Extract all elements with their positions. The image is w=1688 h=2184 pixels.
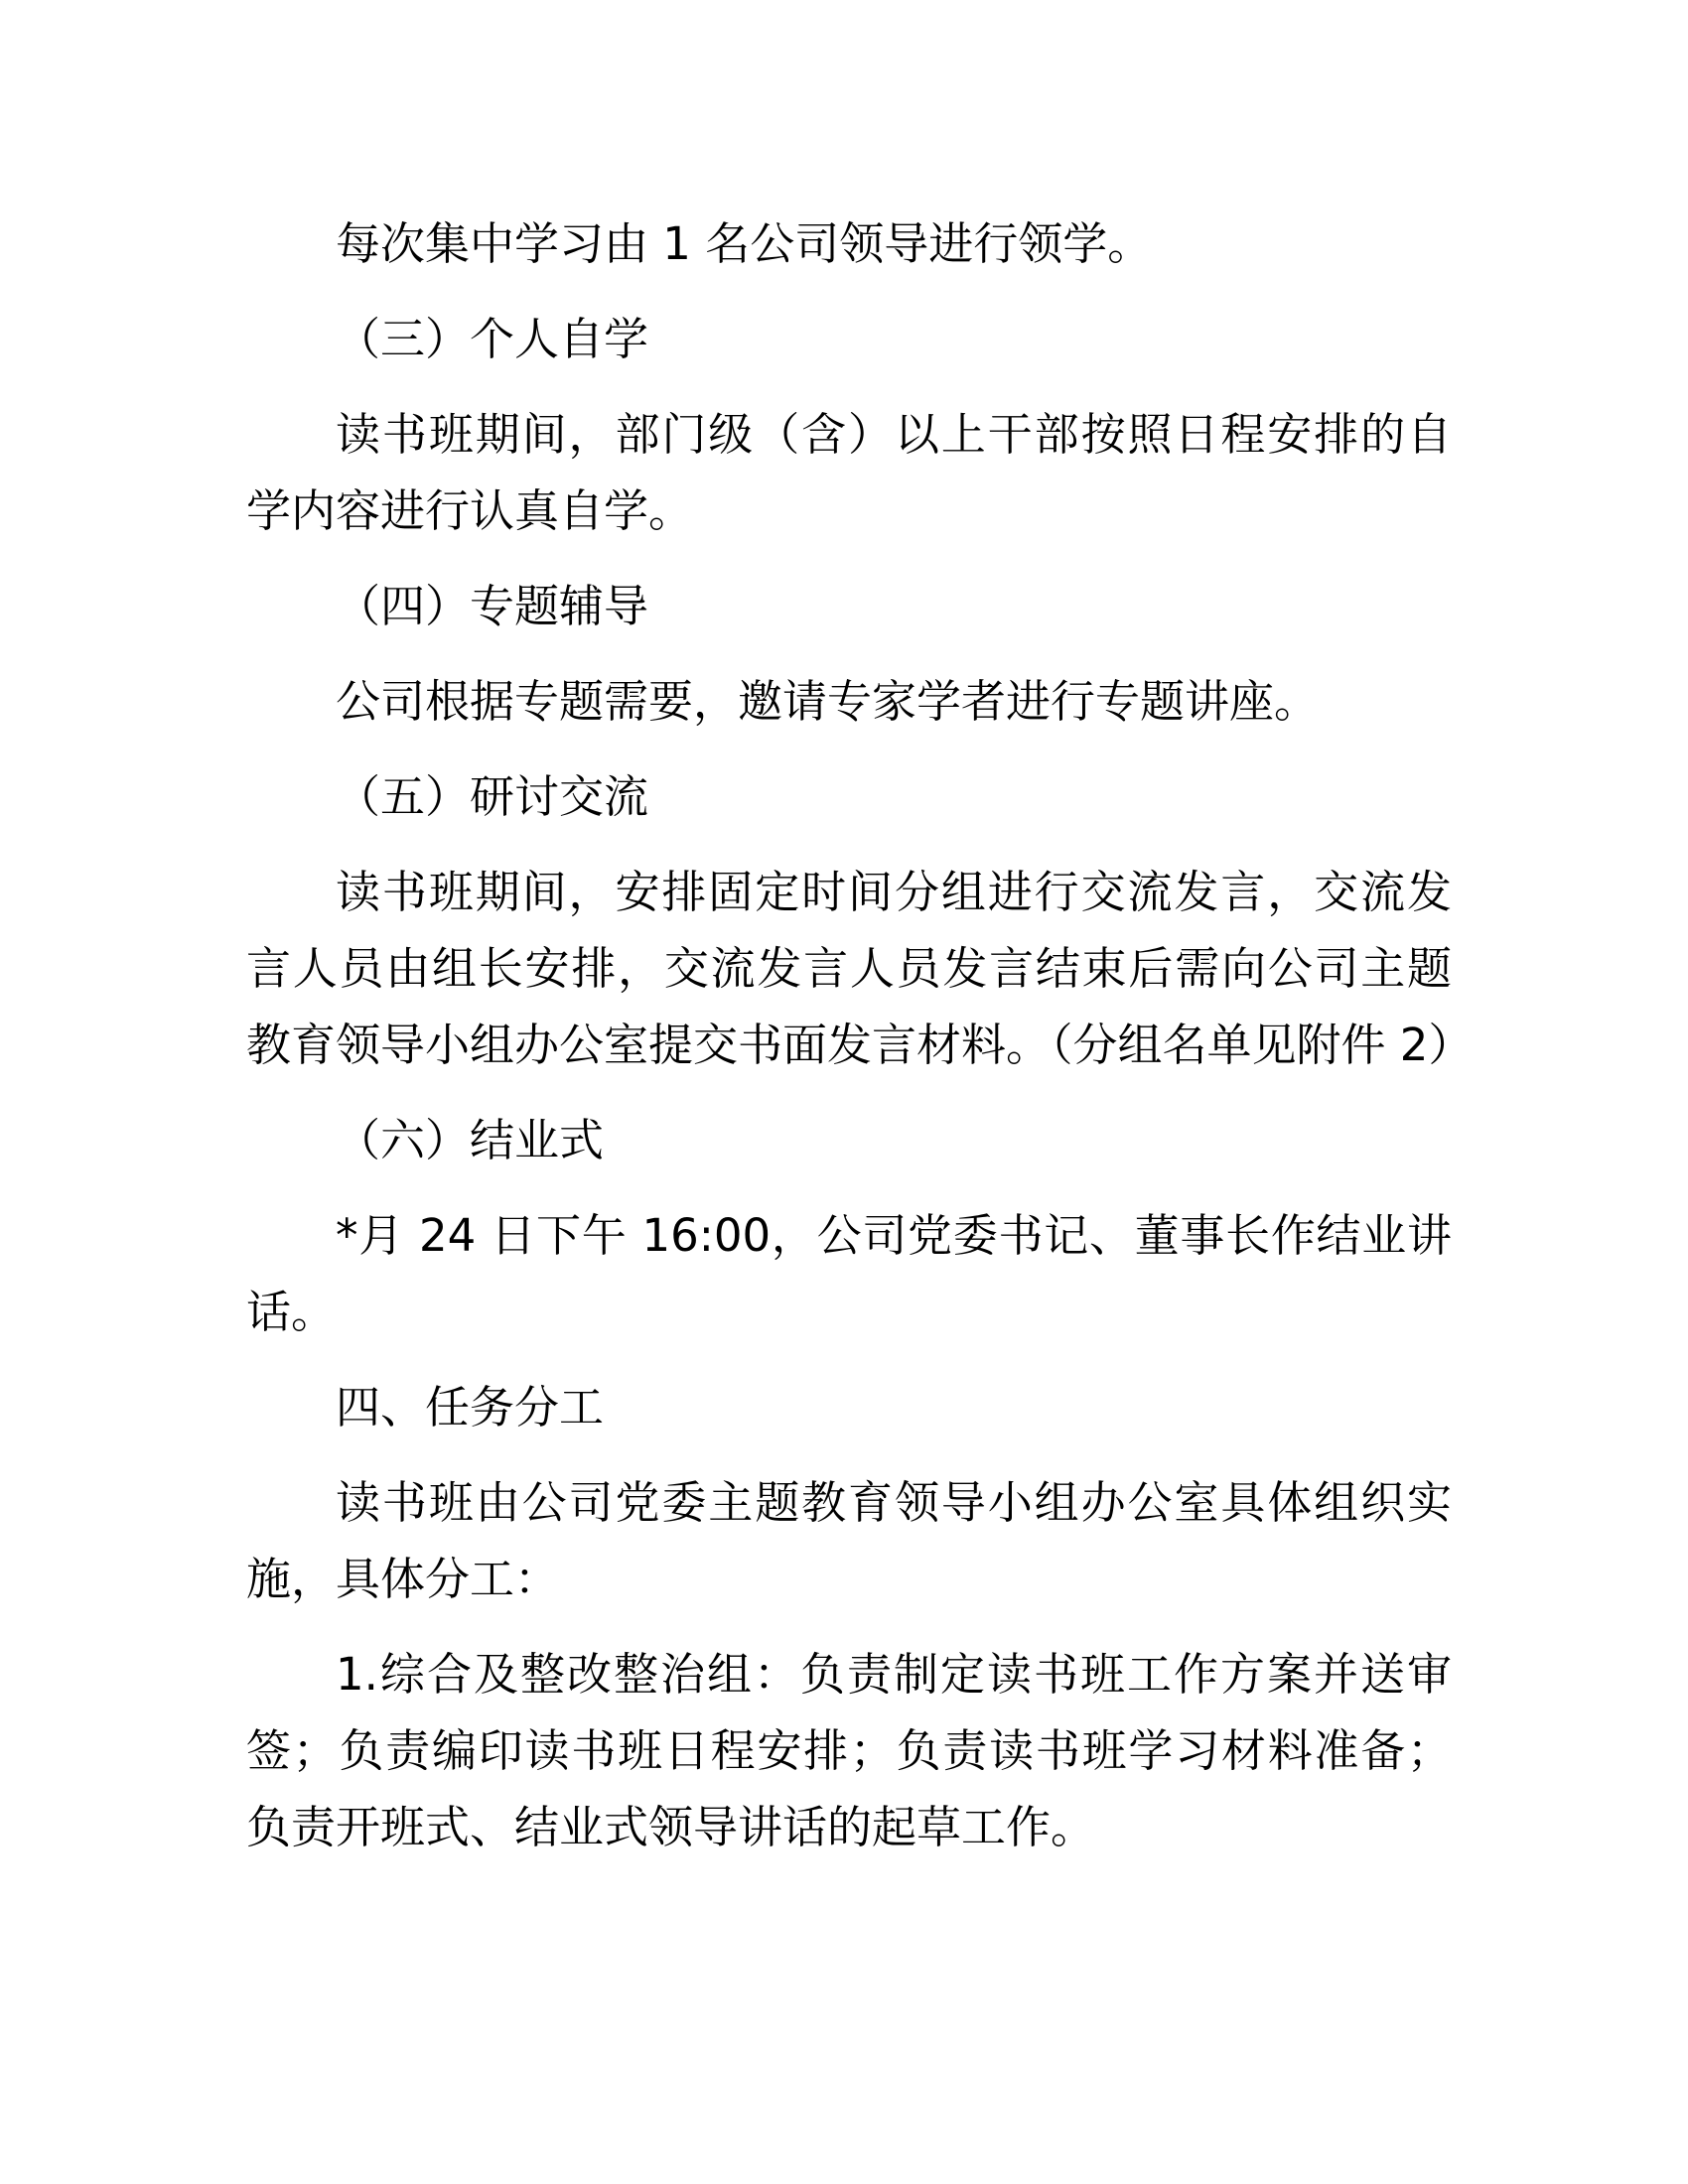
section-heading: （六）结业式 <box>246 1102 1452 1178</box>
paragraph: 读书班期间，安排固定时间分组进行交流发言，交流发言人员由组长安排，交流发言人员发… <box>246 854 1452 1083</box>
section-heading: （五）研讨交流 <box>246 758 1452 835</box>
document-page: 每次集中学习由 1 名公司领导进行领学。（三）个人自学读书班期间，部门级（含）以… <box>0 0 1688 2184</box>
paragraph: 读书班由公司党委主题教育领导小组办公室具体组织实施，具体分工： <box>246 1464 1452 1617</box>
paragraph: *月 24 日下午 16:00，公司党委书记、董事长作结业讲话。 <box>246 1197 1452 1350</box>
document-body: 每次集中学习由 1 名公司领导进行领学。（三）个人自学读书班期间，部门级（含）以… <box>246 205 1452 1865</box>
paragraph: 每次集中学习由 1 名公司领导进行领学。 <box>246 205 1452 282</box>
section-heading: 四、任务分工 <box>246 1369 1452 1445</box>
section-heading: （三）个人自学 <box>246 301 1452 377</box>
paragraph: 公司根据专题需要，邀请专家学者进行专题讲座。 <box>246 663 1452 740</box>
paragraph: 读书班期间，部门级（含）以上干部按照日程安排的自学内容进行认真自学。 <box>246 396 1452 549</box>
section-heading: （四）专题辅导 <box>246 568 1452 644</box>
paragraph: 1.综合及整改整治组：负责制定读书班工作方案并送审签；负责编印读书班日程安排；负… <box>246 1636 1452 1865</box>
